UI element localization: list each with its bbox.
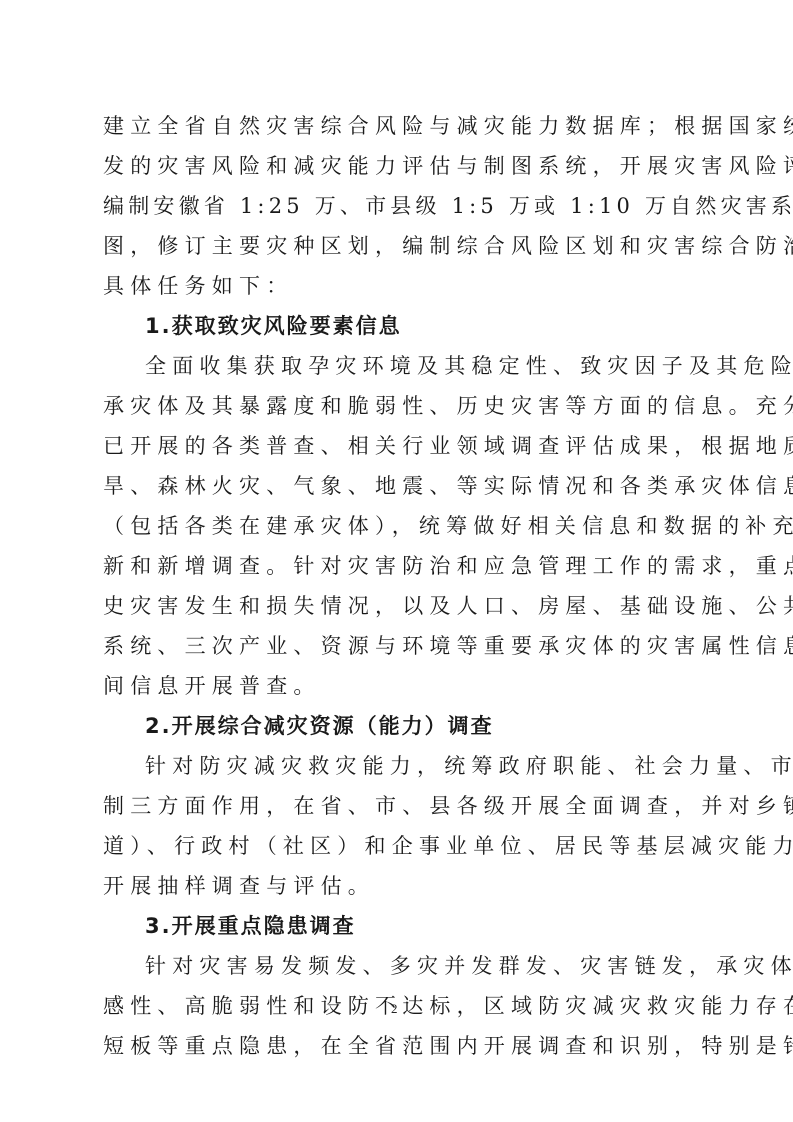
paragraph-line: 制三方面作用，在省、市、县各级开展全面调查，并对乡镇（街	[103, 786, 693, 826]
paragraph-line: 感性、高脆弱性和设防不达标，区域防灾减灾救灾能力存在严重	[103, 986, 693, 1026]
section-heading-1: 1.获取致灾风险要素信息	[103, 306, 693, 346]
paragraph-line: 短板等重点隐患，在全省范围内开展调查和识别，特别是针对地	[103, 1026, 693, 1066]
section-heading-3: 3.开展重点隐患调查	[103, 906, 693, 946]
paragraph-line: 具体任务如下：	[103, 266, 693, 306]
paragraph-line: 承灾体及其暴露度和脆弱性、历史灾害等方面的信息。充分利用	[103, 386, 693, 426]
paragraph-line: 针对灾害易发频发、多灾并发群发、灾害链发，承灾体高敏	[103, 946, 693, 986]
section-heading-2: 2.开展综合减灾资源（能力）调查	[103, 706, 693, 746]
paragraph-line: 图，修订主要灾种区划，编制综合风险区划和灾害综合防治区划。	[103, 226, 693, 266]
paragraph-line: 编制安徽省 1:25 万、市县级 1:5 万或 1:10 万自然灾害系列风险	[103, 186, 693, 226]
page-number: 2	[391, 1001, 398, 1017]
paragraph-line: 已开展的各类普查、相关行业领域调查评估成果，根据地质、水	[103, 426, 693, 466]
paragraph-line: 开展抽样调查与评估。	[103, 866, 693, 906]
paragraph-line: 针对防灾减灾救灾能力，统筹政府职能、社会力量、市场机	[103, 746, 693, 786]
paragraph-line: 全面收集获取孕灾环境及其稳定性、致灾因子及其危险性、	[103, 346, 693, 386]
paragraph-line: 新和新增调查。针对灾害防治和应急管理工作的需求，重点对历	[103, 546, 693, 586]
paragraph-line: 旱、森林火灾、气象、地震、等实际情况和各类承灾体信息现状	[103, 466, 693, 506]
paragraph-line: 史灾害发生和损失情况，以及人口、房屋、基础设施、公共服务	[103, 586, 693, 626]
paragraph-line: （包括各类在建承灾体），统筹做好相关信息和数据的补充、更	[103, 506, 693, 546]
paragraph-line: 系统、三次产业、资源与环境等重要承灾体的灾害属性信息和空	[103, 626, 693, 666]
paragraph-line: 发的灾害风险和减灾能力评估与制图系统，开展灾害风险评估，	[103, 146, 693, 186]
paragraph-line: 间信息开展普查。	[103, 666, 693, 706]
document-page: 建立全省自然灾害综合风险与减灾能力数据库；根据国家统一开 发的灾害风险和减灾能力…	[103, 106, 693, 1066]
paragraph-line: 道）、行政村（社区）和企事业单位、居民等基层减灾能力情况	[103, 826, 693, 866]
paragraph-line: 建立全省自然灾害综合风险与减灾能力数据库；根据国家统一开	[103, 106, 693, 146]
